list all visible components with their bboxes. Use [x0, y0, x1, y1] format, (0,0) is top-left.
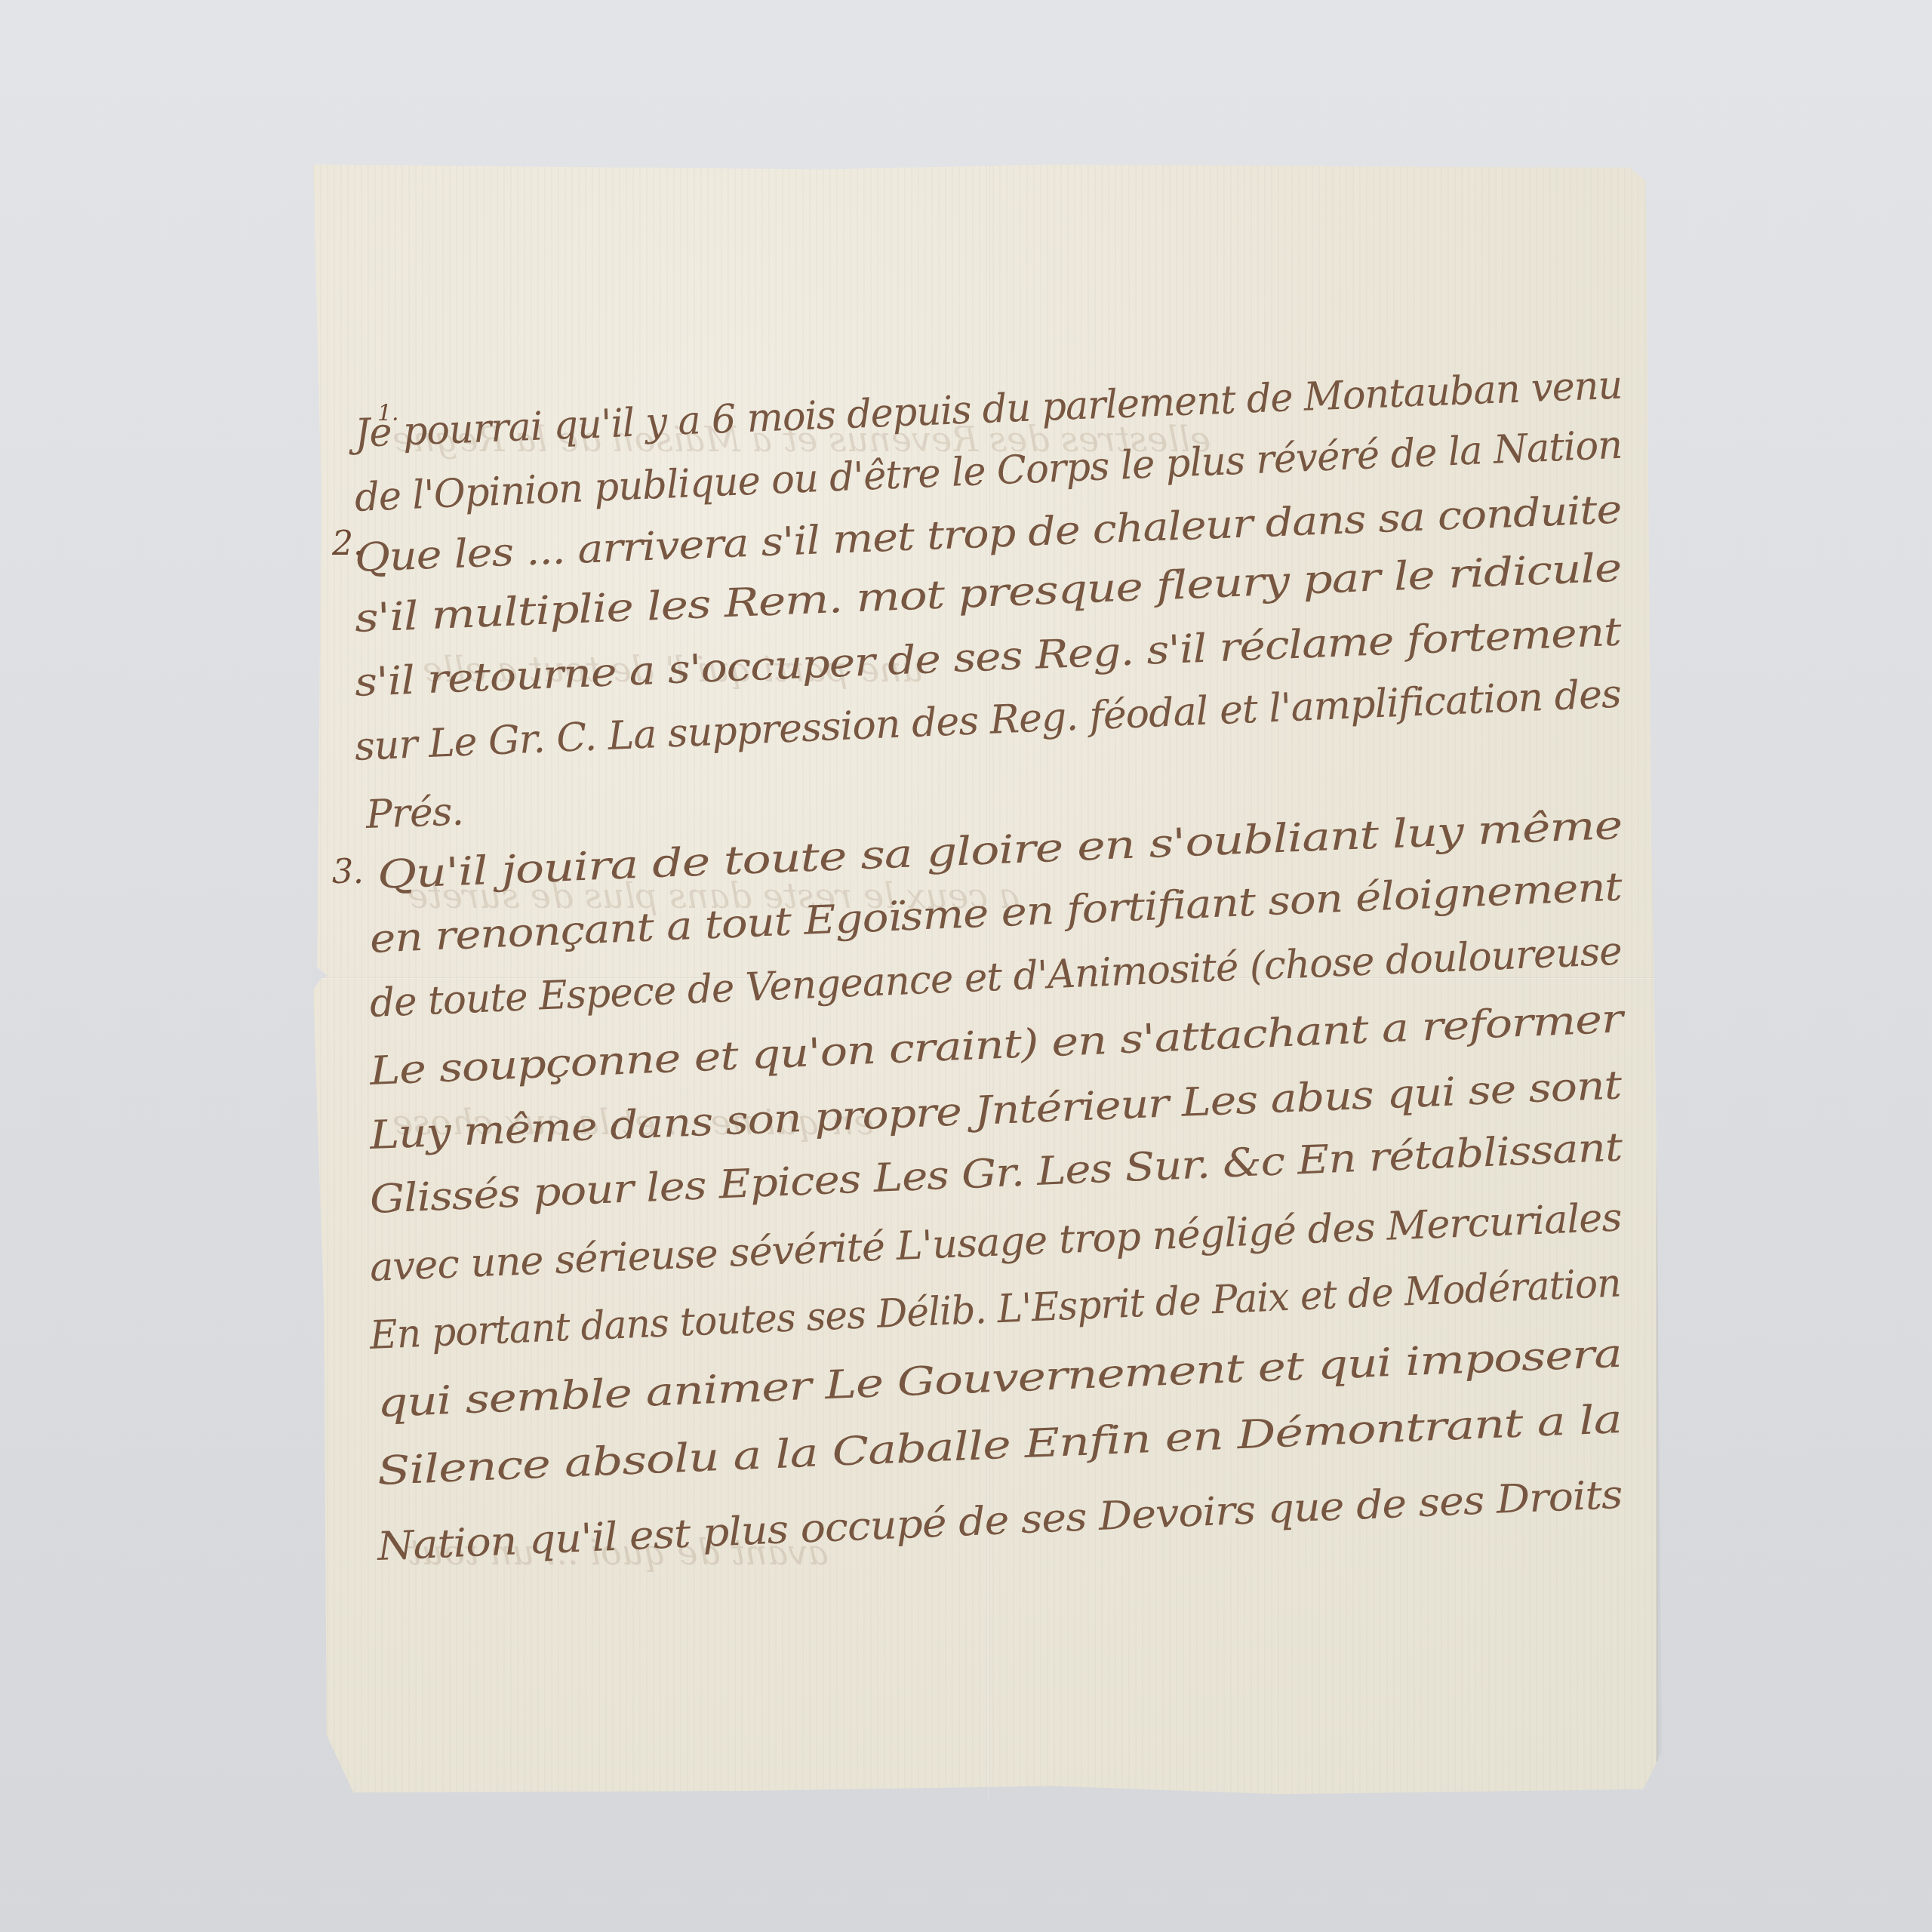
manuscript-line: Prés.: [365, 789, 464, 838]
line-marker: 3.: [332, 853, 364, 891]
